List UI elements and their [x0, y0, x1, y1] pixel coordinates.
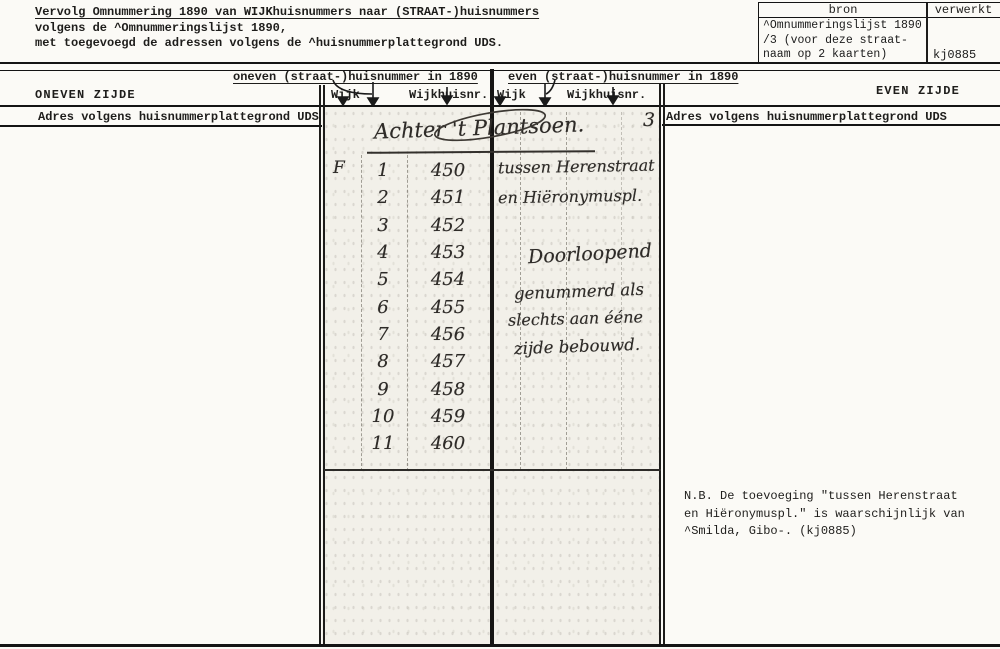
source-table-header-bron: bron [759, 3, 927, 17]
fork-curve-left [333, 80, 372, 94]
huisnr-cell: 5 [366, 269, 400, 290]
adres-label-right: Adres volgens huisnummerplattegrond UDS [666, 110, 947, 124]
wijkhuisnr-cell: 451 [416, 187, 480, 208]
handwritten-table-column-line [407, 155, 408, 471]
huisnr-cell: 6 [366, 297, 400, 318]
source-table-column-divider [926, 3, 928, 63]
down-arrow-icon [495, 97, 505, 105]
document-title-line-3: met toegevoegd de adressen volgens de ^h… [35, 36, 539, 50]
wijkhuisnr-cell: 450 [416, 160, 480, 181]
source-reference-line-2: /3 (voor deze straat- [763, 34, 908, 47]
adres-underline-left [0, 125, 322, 127]
adres-label-left: Adres volgens huisnummerplattegrond UDS [38, 110, 319, 124]
wijkhuisnr-cell: 458 [416, 379, 480, 400]
document-title-line-1: Vervolg Omnummering 1890 van WIJKhuisnum… [35, 5, 539, 19]
oneven-side-label: ONEVEN ZIJDE [35, 88, 136, 102]
handwritten-table-column-line [361, 155, 362, 471]
source-table: bron verwerkt ^Omnummeringslijst 1890/3 … [758, 2, 1000, 64]
left-border-line-inner [323, 85, 325, 645]
scanned-document-page: Vervolg Omnummering 1890 van WIJKhuisnum… [0, 0, 1000, 649]
down-arrow-icon [608, 96, 618, 104]
wijkhuisnr-cell: 457 [416, 351, 480, 372]
wijkhuisnr-cell: 455 [416, 297, 480, 318]
fork-curve-right [546, 80, 555, 94]
wijkhuisnr-cell: 459 [416, 406, 480, 427]
pen-flourish-icon [426, 106, 554, 144]
wijk-letter: F [333, 158, 345, 178]
source-reference-line-1: ^Omnummeringslijst 1890 [763, 19, 922, 32]
wijkhuisnr-cell: 453 [416, 242, 480, 263]
down-arrow-icon [338, 97, 348, 105]
source-table-header-verwerkt: verwerkt [927, 3, 1000, 17]
nb-footnote-line-2: en Hiëronymuspl." is waarschijnlijk van [684, 507, 965, 521]
document-title-block: Vervolg Omnummering 1890 van WIJKhuisnum… [35, 5, 539, 50]
processed-code: kj0885 [933, 48, 976, 62]
huisnr-cell: 4 [366, 242, 400, 263]
huisnr-cell: 10 [366, 406, 400, 427]
right-border-line-outer [663, 84, 665, 645]
center-divider-line [490, 69, 494, 645]
numbering-note-line-3: slechts aan ééne [508, 307, 643, 330]
double-rule [0, 62, 1000, 71]
wijkhuisnr-cell: 456 [416, 324, 480, 345]
huisnr-cell: 8 [366, 351, 400, 372]
nb-footnote-line-3: ^Smilda, Gibo-. (kj0885) [684, 524, 857, 538]
handwritten-table-bottom-line [324, 469, 661, 471]
huisnr-cell: 9 [366, 379, 400, 400]
huisnr-cell: 3 [366, 215, 400, 236]
wijkhuisnr-cell: 454 [416, 269, 480, 290]
location-note-line-1: tussen Herenstraat [498, 156, 655, 178]
location-note-line-2: en Hiëronymuspl. [498, 186, 642, 208]
wijkhuisnr-cell: 460 [416, 433, 480, 454]
nb-footnote: N.B. De toevoeging "tussen Herenstraaten… [684, 488, 965, 541]
page-number: 3 [643, 109, 655, 131]
huisnr-cell: 7 [366, 324, 400, 345]
even-side-label: EVEN ZIJDE [876, 84, 960, 98]
wijkhuisnr-cell: 452 [416, 215, 480, 236]
nb-footnote-line-1: N.B. De toevoeging "tussen Herenstraat [684, 489, 958, 503]
left-border-line-outer [319, 85, 321, 645]
right-border-line-inner [659, 84, 661, 645]
huisnr-cell: 2 [366, 187, 400, 208]
source-reference-line-3: naam op 2 kaarten) [763, 48, 887, 61]
source-reference: ^Omnummeringslijst 1890/3 (voor deze str… [763, 19, 922, 63]
down-arrow-icon [442, 96, 452, 104]
document-title-line-2: volgens de ^Omnummeringslijst 1890, [35, 21, 539, 35]
huisnr-cell: 1 [366, 160, 400, 181]
bottom-rule [0, 644, 1000, 647]
adres-underline-right [662, 124, 1000, 126]
huisnr-cell: 11 [366, 433, 400, 454]
